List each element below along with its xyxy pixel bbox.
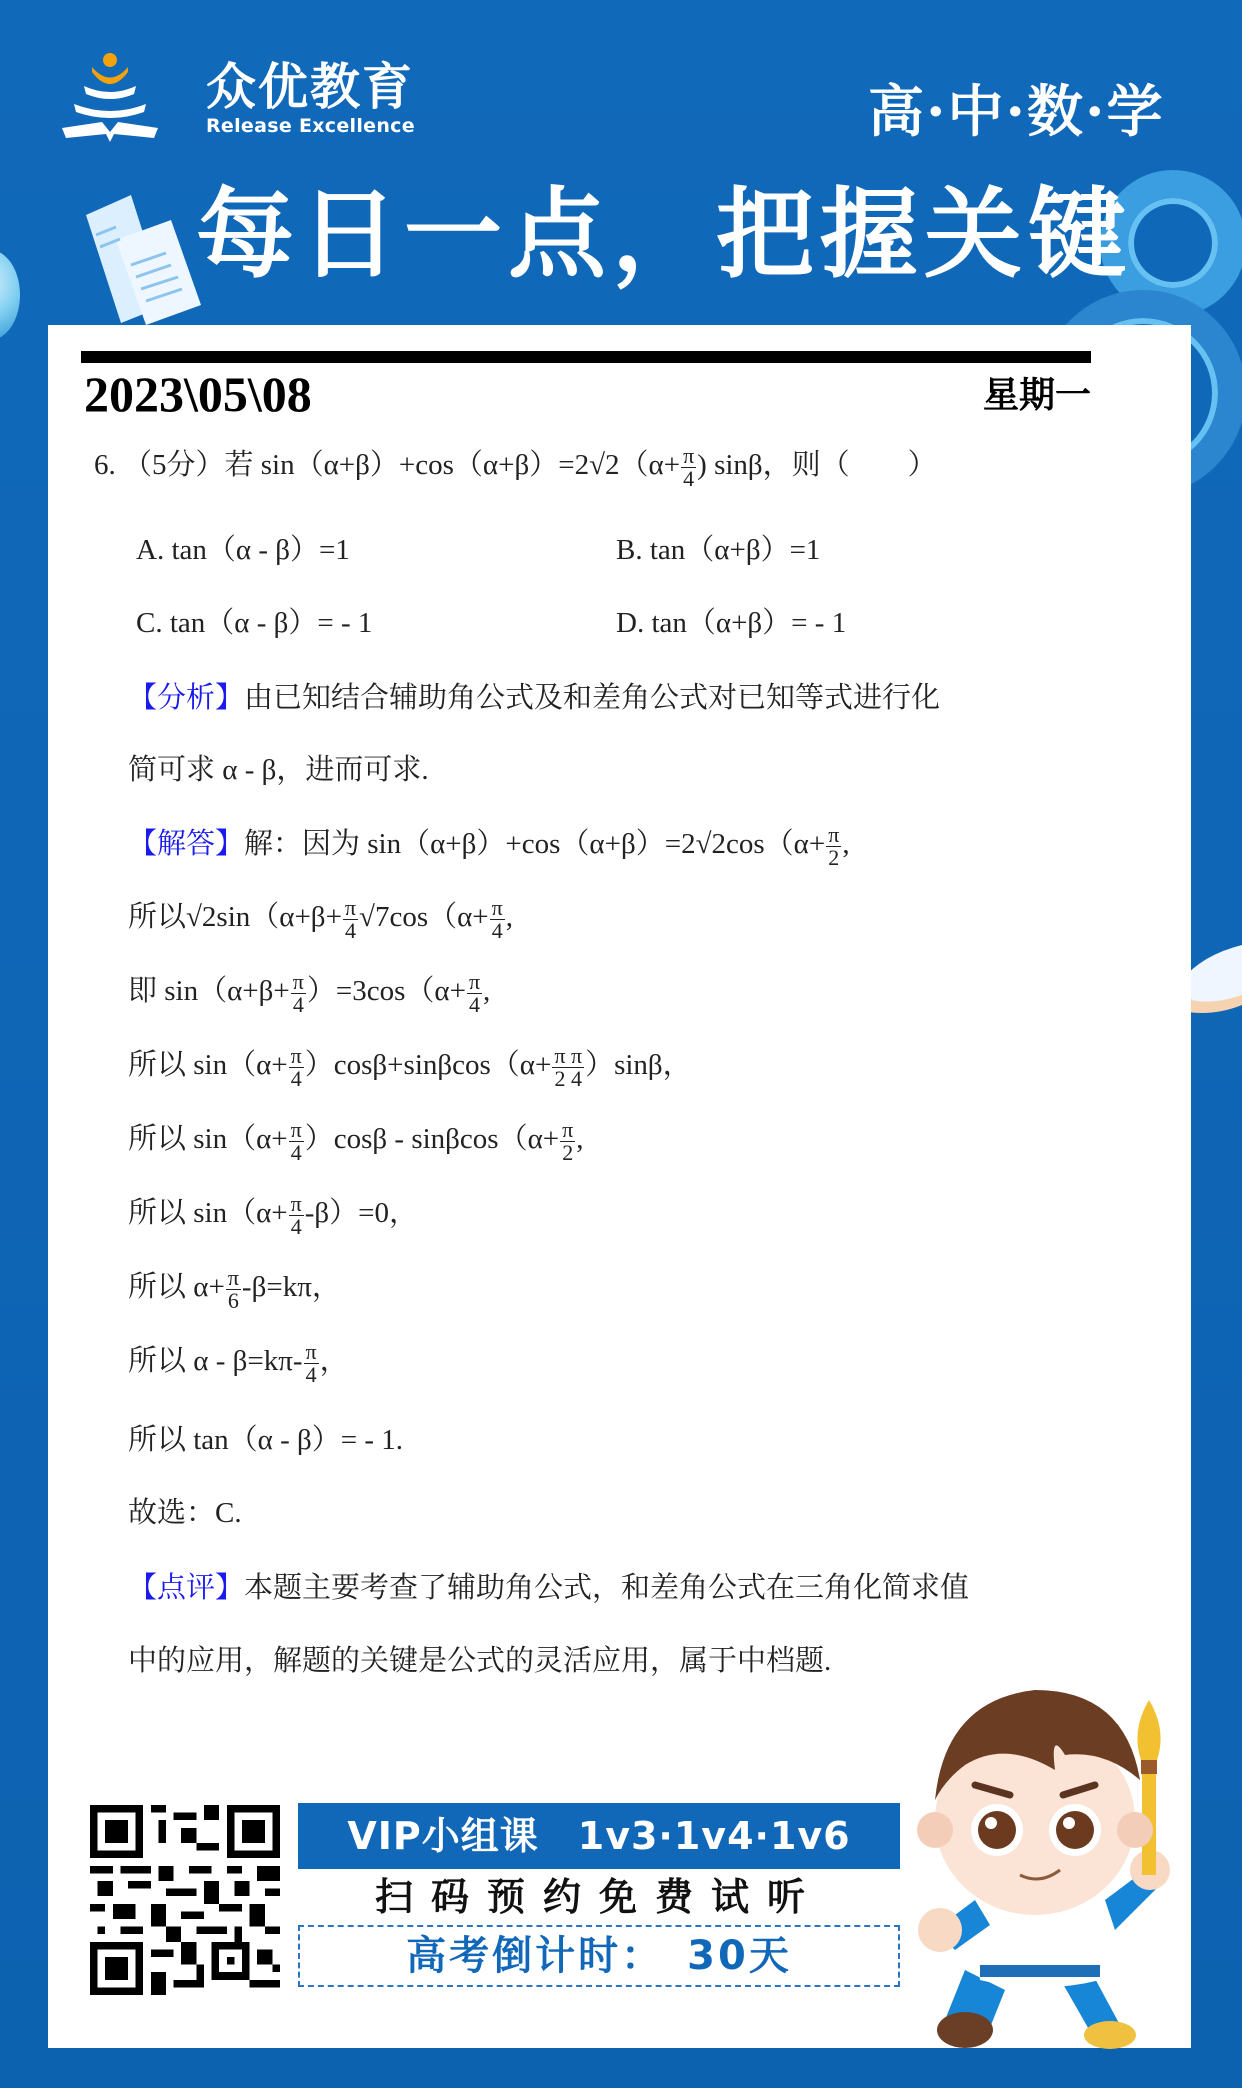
fraction-numerator: π xyxy=(560,1119,575,1142)
question-stem-suffix: ) sinβ，则（ ） xyxy=(697,449,937,481)
solution-text: 所以 sin（α+ xyxy=(128,1123,288,1155)
solution-text: 所以 sin（α+ xyxy=(128,1197,288,1229)
fraction-denominator: 2 xyxy=(560,1142,575,1164)
comment-line-1: 【点评】本题主要考查了辅助角公式，和差角公式在三角化简求值 xyxy=(128,1567,969,1608)
fraction-numerator: π xyxy=(681,445,696,468)
solution-tag: 【解答】 xyxy=(128,826,244,860)
comment-text: 本题主要考查了辅助角公式，和差角公式在三角化简求值 xyxy=(244,1572,969,1604)
option-text: tan（α+β）= - 1 xyxy=(651,607,846,639)
question-stem-prefix: 若 sin（α+β）+cos（α+β）=2√2（α+ xyxy=(225,449,681,481)
solution-line-9: 所以 tan（α - β）= - 1. xyxy=(128,1420,403,1460)
fraction: π4 xyxy=(467,971,482,1016)
fraction-numerator: π xyxy=(826,824,841,847)
fraction: π4 xyxy=(289,1119,304,1164)
option-c[interactable]: C. tan（α - β）= - 1 xyxy=(136,603,372,643)
fraction-numerator: π xyxy=(226,1267,241,1290)
fraction-denominator: 4 xyxy=(681,468,696,490)
solution-text: , xyxy=(483,975,490,1007)
answer-text: 故选：C. xyxy=(128,1497,242,1529)
option-a[interactable]: A. tan（α - β）=1 xyxy=(136,530,350,570)
solution-line-6: 所以 sin（α+π4-β）=0， xyxy=(128,1193,418,1238)
answer-line: 故选：C. xyxy=(128,1493,242,1533)
fraction-denominator: 4 xyxy=(289,1216,304,1238)
solution-text: -β）=0， xyxy=(305,1197,418,1229)
solution-line-2: 所以√2sin（α+β+π4√7cos（α+π4, xyxy=(128,897,513,942)
fraction: π4 xyxy=(490,897,505,942)
fraction: π4 xyxy=(289,1045,304,1090)
comment-text: 中的应用，解题的关键是公式的灵活应用，属于中档题. xyxy=(128,1645,831,1677)
solution-text: 所以 tan（α - β）= - 1. xyxy=(128,1424,403,1456)
exam-countdown-label: 高考倒计时： 30天 xyxy=(298,1925,900,1987)
logo-chinese-name: 众优教育 xyxy=(206,59,415,115)
option-label: C. xyxy=(136,607,163,639)
comment-tag: 【点评】 xyxy=(128,1570,244,1604)
question-stem: 6. （5分）若 sin（α+β）+cos（α+β）=2√2（α+π4) sin… xyxy=(94,445,937,490)
solution-line-5: 所以 sin（α+π4）cosβ - sinβcos（α+π2, xyxy=(128,1119,584,1164)
date-label: 2023\05\08 xyxy=(84,365,312,423)
option-text: tan（α+β）=1 xyxy=(650,534,821,566)
solution-text: √7cos（α+ xyxy=(359,901,489,933)
header-rule xyxy=(81,351,1091,363)
option-label: B. xyxy=(616,534,643,566)
solution-text: 即 sin（α+β+ xyxy=(128,975,290,1007)
fraction-numerator: π xyxy=(291,971,306,994)
fraction-denominator: 2 xyxy=(826,847,841,869)
option-text: tan（α - β）=1 xyxy=(171,534,349,566)
fraction-numerator: π xyxy=(490,897,505,920)
solution-text: ）cosβ+sinβcos（α+ xyxy=(305,1049,552,1081)
fraction: π π2 4 xyxy=(552,1045,584,1090)
fraction-denominator: 4 xyxy=(467,994,482,1016)
solution-line-3: 即 sin（α+β+π4）=3cos（α+π4, xyxy=(128,971,490,1016)
solution-text: -β=kπ， xyxy=(242,1271,341,1303)
solution-text: , xyxy=(506,901,513,933)
logo-mark-icon xyxy=(62,52,182,144)
question-number: 6. xyxy=(94,449,116,481)
fraction-denominator: 6 xyxy=(226,1290,241,1312)
solution-text: ）sinβ， xyxy=(585,1049,692,1081)
solution-text: 所以 α - β=kπ- xyxy=(128,1345,303,1377)
fraction-numerator: π xyxy=(467,971,482,994)
brand-logo: 众优教育 Release Excellence xyxy=(62,52,415,144)
fraction: π4 xyxy=(289,1193,304,1238)
option-label: D. xyxy=(616,607,644,639)
option-label: A. xyxy=(136,534,164,566)
logo-english-slogan: Release Excellence xyxy=(206,115,415,137)
option-d[interactable]: D. tan（α+β）= - 1 xyxy=(616,603,846,643)
solution-text: ）cosβ - sinβcos（α+ xyxy=(305,1123,559,1155)
fraction: π4 xyxy=(291,971,306,1016)
vip-course-label: VIP小组课 1v3·1v4·1v6 xyxy=(298,1803,900,1869)
solution-text: 所以 α+ xyxy=(128,1271,225,1303)
fraction-numerator: π xyxy=(304,1341,319,1364)
subject-title: 高·中·数·学 xyxy=(868,68,1165,148)
fraction: π2 xyxy=(560,1119,575,1164)
headline: 每日一点，把握关键 xyxy=(196,180,1132,290)
fraction-denominator: 4 xyxy=(304,1364,319,1386)
fraction: π2 xyxy=(826,824,841,869)
option-text: tan（α - β）= - 1 xyxy=(170,607,373,639)
fraction: π4 xyxy=(304,1341,319,1386)
fraction-denominator: 2 4 xyxy=(552,1068,584,1090)
fraction-numerator: π xyxy=(289,1193,304,1216)
fraction-denominator: 4 xyxy=(343,920,358,942)
scan-to-book-label: 扫码预约免费试听 xyxy=(298,1869,900,1925)
analysis-text: 简可求 α - β，进而可求. xyxy=(128,754,429,786)
solution-text: , xyxy=(576,1123,583,1155)
qr-code-icon[interactable] xyxy=(88,1805,282,1995)
fraction-denominator: 4 xyxy=(291,994,306,1016)
solution-text: 解：因为 sin（α+β）+cos（α+β）=2√2cos（α+ xyxy=(244,828,825,860)
analysis-line-1: 【分析】由已知结合辅助角公式及和差角公式对已知等式进行化 xyxy=(128,677,940,718)
fraction: π6 xyxy=(226,1267,241,1312)
promo-banner[interactable]: VIP小组课 1v3·1v4·1v6 扫码预约免费试听 高考倒计时： 30天 xyxy=(298,1803,900,1987)
solution-line-1: 【解答】解：因为 sin（α+β）+cos（α+β）=2√2cos（α+π2, xyxy=(128,823,850,869)
mascot-boy-icon xyxy=(905,1670,1185,2060)
fraction-denominator: 4 xyxy=(289,1142,304,1164)
fraction-denominator: 4 xyxy=(289,1068,304,1090)
fraction: π4 xyxy=(681,445,696,490)
solution-line-8: 所以 α - β=kπ-π4， xyxy=(128,1341,349,1386)
comment-line-2: 中的应用，解题的关键是公式的灵活应用，属于中档题. xyxy=(128,1641,831,1681)
solution-text: 所以 sin（α+ xyxy=(128,1049,288,1081)
solution-line-4: 所以 sin（α+π4）cosβ+sinβcos（α+π π2 4）sinβ， xyxy=(128,1045,692,1090)
analysis-line-2: 简可求 α - β，进而可求. xyxy=(128,750,429,790)
weekday-label: 星期一 xyxy=(983,367,1091,418)
fraction-denominator: 4 xyxy=(490,920,505,942)
option-b[interactable]: B. tan（α+β）=1 xyxy=(616,530,820,570)
fraction-numerator: π π xyxy=(552,1045,584,1068)
fraction-numerator: π xyxy=(289,1045,304,1068)
solution-text: ）=3cos（α+ xyxy=(307,975,466,1007)
solution-text: , xyxy=(842,828,849,860)
analysis-tag: 【分析】 xyxy=(128,680,244,714)
solution-text: ， xyxy=(320,1345,349,1377)
fraction: π4 xyxy=(343,897,358,942)
solution-line-7: 所以 α+π6-β=kπ， xyxy=(128,1267,341,1312)
fraction-numerator: π xyxy=(289,1119,304,1142)
question-score: （5分） xyxy=(123,449,225,481)
fraction-numerator: π xyxy=(343,897,358,920)
solution-text: 所以√2sin（α+β+ xyxy=(128,901,342,933)
analysis-text: 由已知结合辅助角公式及和差角公式对已知等式进行化 xyxy=(244,682,940,714)
